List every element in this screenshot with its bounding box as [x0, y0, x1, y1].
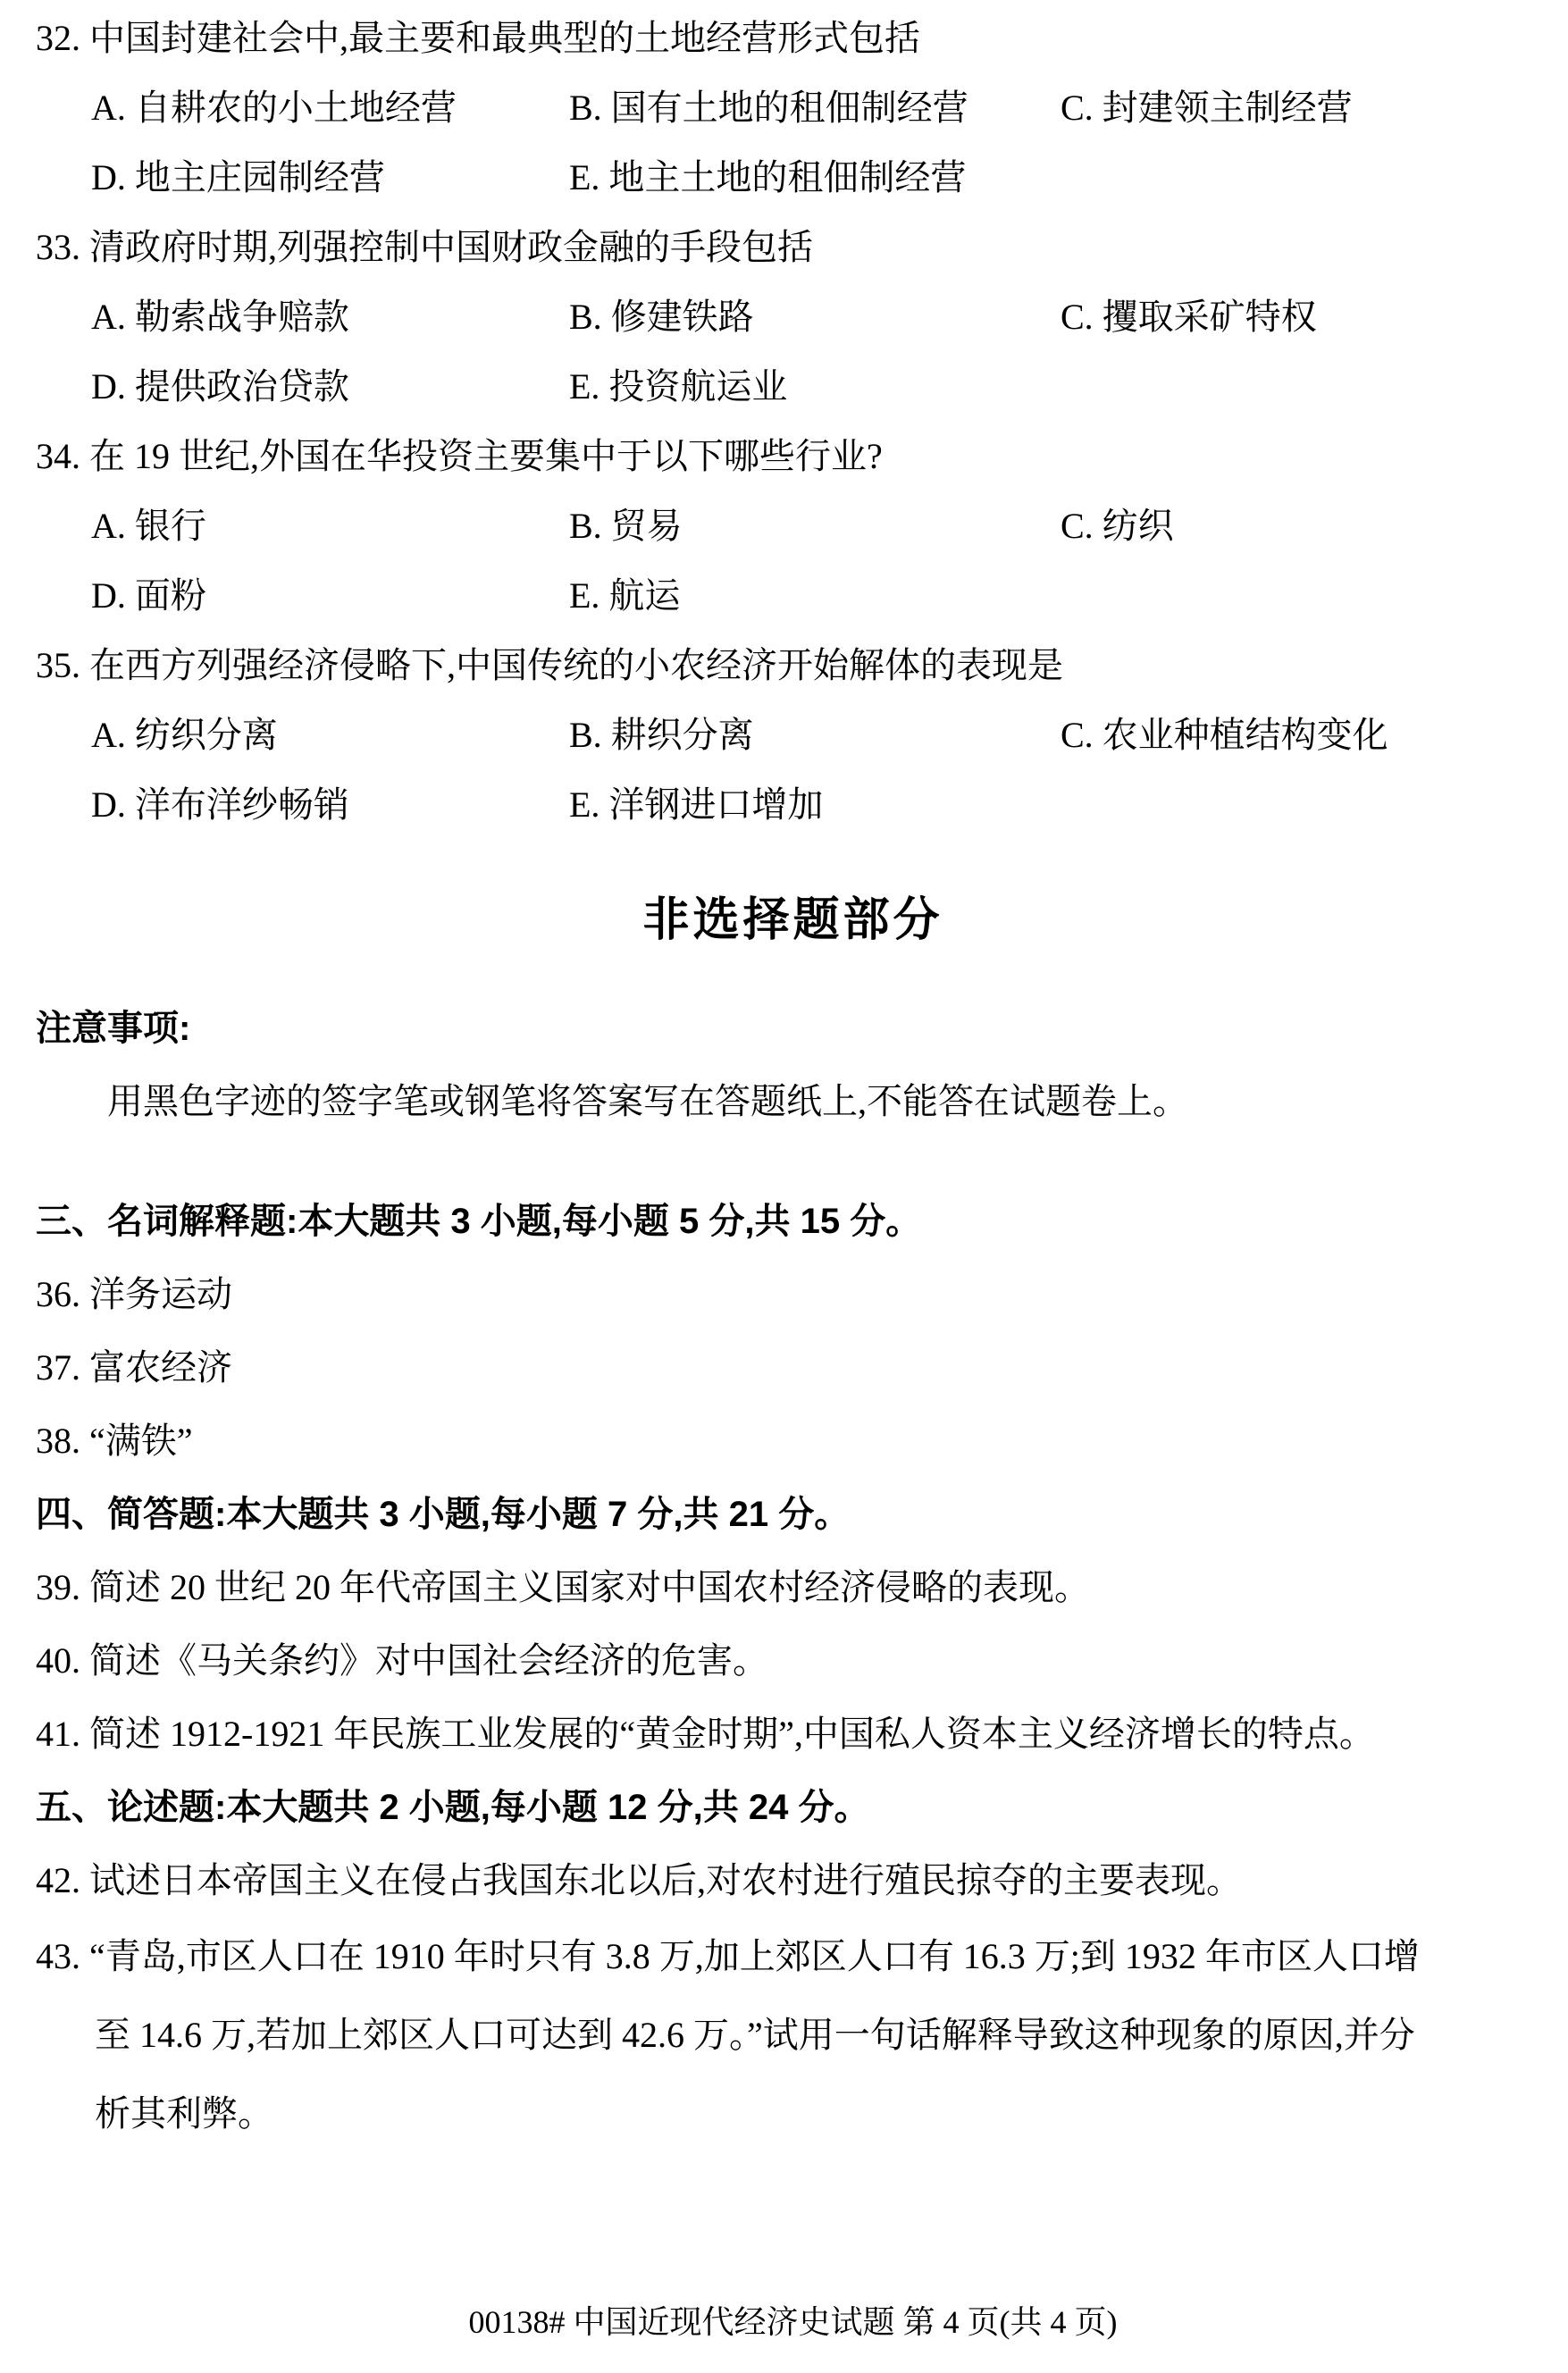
exam-page: 32. 中国封建社会中,最主要和最典型的土地经营形式包括 A. 自耕农的小土地经… — [0, 0, 1568, 2357]
question-35: 35. 在西方列强经济侵略下,中国传统的小农经济开始解体的表现是 A. 纺织分离… — [36, 631, 1550, 840]
option-b: B. 修建铁路 — [569, 282, 754, 352]
item-43-line-2: 至 14.6 万,若加上郊区人口可达到 42.6 万。”试用一句话解释导致这种现… — [36, 1996, 1550, 2075]
question-33-text: 33. 清政府时期,列强控制中国财政金融的手段包括 — [36, 213, 1550, 282]
question-33-options-row-1: A. 勒索战争赔款 B. 修建铁路 C. 攫取采矿特权 — [36, 282, 1550, 352]
section-essay: 五、论述题:本大题共 2 小题,每小题 12 分,共 24 分。 42. 试述日… — [36, 1771, 1550, 2153]
option-c: C. 农业种植结构变化 — [1061, 700, 1388, 770]
option-c: C. 封建领主制经营 — [1061, 73, 1353, 143]
question-35-text: 35. 在西方列强经济侵略下,中国传统的小农经济开始解体的表现是 — [36, 631, 1550, 700]
question-34: 34. 在 19 世纪,外国在华投资主要集中于以下哪些行业? A. 银行 B. … — [36, 422, 1550, 631]
option-a: A. 纺织分离 — [91, 700, 278, 770]
item-38: 38. “满铁” — [36, 1405, 1550, 1478]
question-34-options-row-1: A. 银行 B. 贸易 C. 纺织 — [36, 491, 1550, 561]
item-43-line-3: 析其利弊。 — [36, 2075, 1550, 2153]
item-43-line-1: 43. “青岛,市区人口在 1910 年时只有 3.8 万,加上郊区人口有 16… — [36, 1917, 1550, 1996]
option-c: C. 纺织 — [1061, 491, 1174, 561]
item-37: 37. 富农经济 — [36, 1331, 1550, 1405]
section-essay-header: 五、论述题:本大题共 2 小题,每小题 12 分,共 24 分。 — [36, 1771, 1550, 1844]
question-35-options-row-2: D. 洋布洋纱畅销 E. 洋钢进口增加 — [36, 770, 1550, 840]
option-b: B. 国有土地的租佃制经营 — [569, 73, 968, 143]
option-e: E. 洋钢进口增加 — [569, 770, 823, 840]
question-35-options-row-1: A. 纺织分离 B. 耕织分离 C. 农业种植结构变化 — [36, 700, 1550, 770]
item-42: 42. 试述日本帝国主义在侵占我国东北以后,对农村进行殖民掠夺的主要表现。 — [36, 1844, 1550, 1917]
option-e: E. 地主土地的租佃制经营 — [569, 143, 966, 213]
option-a: A. 勒索战争赔款 — [91, 282, 349, 352]
question-34-text: 34. 在 19 世纪,外国在华投资主要集中于以下哪些行业? — [36, 422, 1550, 491]
item-40: 40. 简述《马关条约》对中国社会经济的危害。 — [36, 1624, 1550, 1698]
section-short-answer-header: 四、简答题:本大题共 3 小题,每小题 7 分,共 21 分。 — [36, 1478, 1550, 1551]
question-32-options-row-1: A. 自耕农的小土地经营 B. 国有土地的租佃制经营 C. 封建领主制经营 — [36, 73, 1550, 143]
question-33: 33. 清政府时期,列强控制中国财政金融的手段包括 A. 勒索战争赔款 B. 修… — [36, 213, 1550, 422]
page-footer: 00138# 中国近现代经济史试题 第 4 页(共 4 页) — [36, 2287, 1550, 2357]
notice-text: 用黑色字迹的签字笔或钢笔将答案写在答题纸上,不能答在试题卷上。 — [36, 1065, 1550, 1138]
option-e: E. 航运 — [569, 561, 680, 631]
notice-label: 注意事项: — [36, 992, 1550, 1065]
option-d: D. 面粉 — [91, 561, 206, 631]
option-d: D. 洋布洋纱畅销 — [91, 770, 349, 840]
item-39: 39. 简述 20 世纪 20 年代帝国主义国家对中国农村经济侵略的表现。 — [36, 1551, 1550, 1624]
option-a: A. 自耕农的小土地经营 — [91, 73, 457, 143]
item-36: 36. 洋务运动 — [36, 1258, 1550, 1331]
option-b: B. 耕织分离 — [569, 700, 754, 770]
question-33-options-row-2: D. 提供政治贷款 E. 投资航运业 — [36, 352, 1550, 422]
option-a: A. 银行 — [91, 491, 206, 561]
option-d: D. 地主庄园制经营 — [91, 143, 385, 213]
part-title: 非选择题部分 — [36, 893, 1550, 947]
question-32: 32. 中国封建社会中,最主要和最典型的土地经营形式包括 A. 自耕农的小土地经… — [36, 4, 1550, 213]
section-short-answer: 四、简答题:本大题共 3 小题,每小题 7 分,共 21 分。 39. 简述 2… — [36, 1478, 1550, 1771]
option-e: E. 投资航运业 — [569, 352, 787, 422]
option-c: C. 攫取采矿特权 — [1061, 282, 1317, 352]
question-32-options-row-2: D. 地主庄园制经营 E. 地主土地的租佃制经营 — [36, 143, 1550, 213]
question-32-text: 32. 中国封建社会中,最主要和最典型的土地经营形式包括 — [36, 4, 1550, 73]
question-34-options-row-2: D. 面粉 E. 航运 — [36, 561, 1550, 631]
section-definitions-header: 三、名词解释题:本大题共 3 小题,每小题 5 分,共 15 分。 — [36, 1185, 1550, 1258]
item-41: 41. 简述 1912-1921 年民族工业发展的“黄金时期”,中国私人资本主义… — [36, 1698, 1550, 1771]
section-definitions: 三、名词解释题:本大题共 3 小题,每小题 5 分,共 15 分。 36. 洋务… — [36, 1185, 1550, 1478]
option-d: D. 提供政治贷款 — [91, 352, 349, 422]
option-b: B. 贸易 — [569, 491, 683, 561]
